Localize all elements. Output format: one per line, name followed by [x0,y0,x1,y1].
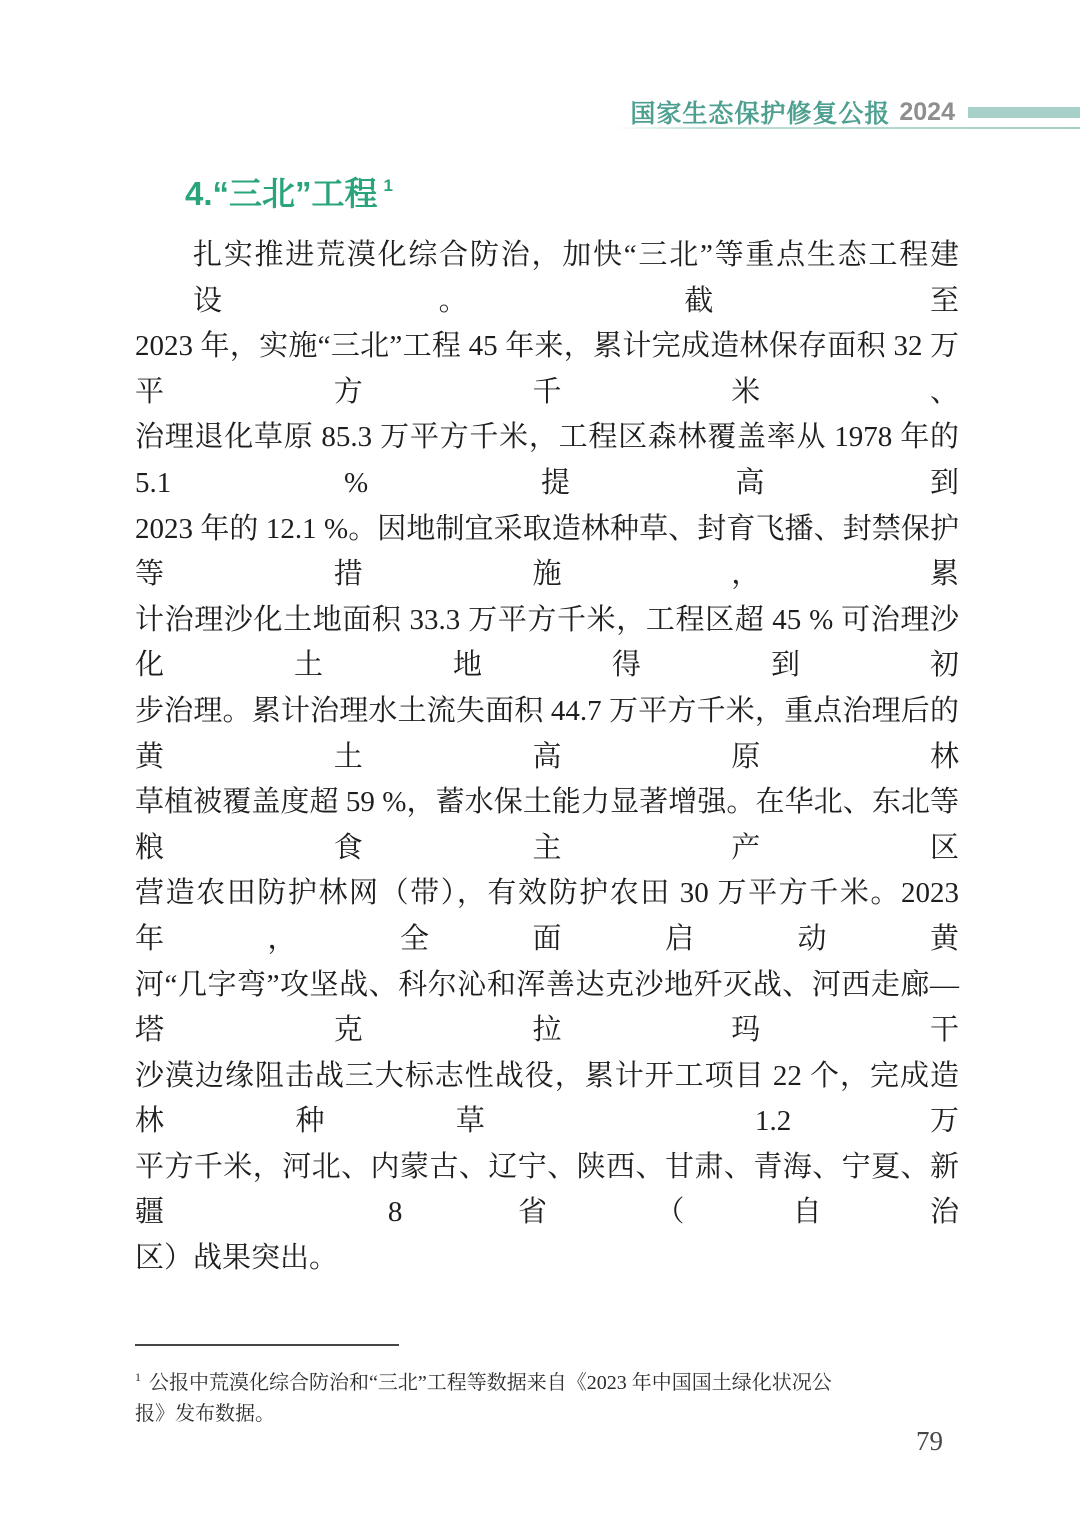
footnote-marker: 1 [135,1370,141,1384]
paragraph-line: 步治理。累计治理水土流失面积 44.7 万平方千米，重点治理后的黄土高原林 [135,689,959,780]
page-number: 79 [916,1426,943,1457]
paragraph-line: 沙漠边缘阻击战三大标志性战役，累计开工项目 22 个，完成造林种草 1.2 万 [135,1054,959,1145]
report-year: 2024 [899,98,955,127]
paragraph-line: 治理退化草原 85.3 万平方千米，工程区森林覆盖率从 1978 年的 5.1 … [135,415,959,506]
header-rule [615,127,1080,129]
paragraph-line: 2023 年的 12.1 %。因地制宜采取造林种草、封育飞播、封禁保护等措施，累 [135,507,959,598]
report-title: 国家生态保护修复公报 [630,94,890,130]
paragraph-line: 2023 年，实施“三北”工程 45 年来，累计完成造林保存面积 32 万平方千… [135,324,959,415]
section-heading: 4.“三北”工程1 [185,168,393,215]
page-header: 国家生态保护修复公报 2024 [630,94,1080,130]
body-paragraph: 扎实推进荒漠化综合防治，加快“三北”等重点生态工程建设。截至 2023 年，实施… [135,233,959,1282]
paragraph-line: 区）战果突出。 [135,1236,959,1282]
paragraph-line: 平方千米，河北、内蒙古、辽宁、陕西、甘肃、青海、宁夏、新疆 8 省（自治 [135,1145,959,1236]
paragraph-line: 计治理沙化土地面积 33.3 万平方千米，工程区超 45 % 可治理沙化土地得到… [135,598,959,689]
paragraph-line: 营造农田防护林网（带），有效防护农田 30 万平方千米。2023 年，全面启动黄 [135,871,959,962]
footnote-separator [135,1344,399,1346]
paragraph-line: 扎实推进荒漠化综合防治，加快“三北”等重点生态工程建设。截至 [135,233,959,324]
footnote-text: 公报中荒漠化综合防治和“三北”工程等数据来自《2023 年中国国土绿化状况公报》… [135,1372,832,1425]
paragraph-line: 草植被覆盖度超 59 %，蓄水保土能力显著增强。在华北、东北等粮食主产区 [135,780,959,871]
document-page: 国家生态保护修复公报 2024 4.“三北”工程1 扎实推进荒漠化综合防治，加快… [0,0,1080,1527]
paragraph-line: 河“几字弯”攻坚战、科尔沁和浑善达克沙地歼灭战、河西走廊—塔克拉玛干 [135,963,959,1054]
section-footnote-ref: 1 [384,176,393,195]
footnote: 1公报中荒漠化综合防治和“三北”工程等数据来自《2023 年中国国土绿化状况公报… [135,1362,855,1430]
header-accent-bar [968,107,1080,118]
section-heading-text: 4.“三北”工程 [185,175,378,212]
